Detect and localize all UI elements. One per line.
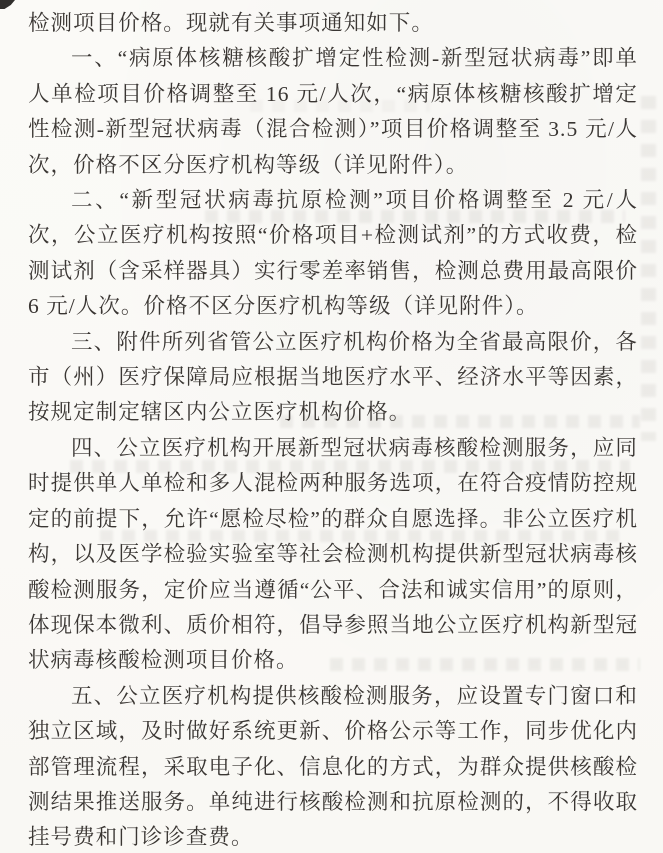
scan-corner-mark (0, 0, 15, 9)
bleedthrough-artifact (641, 96, 656, 441)
continuation-line: 检测项目价格。现就有关事项通知如下。 (28, 6, 638, 41)
notice-body: 检测项目价格。现就有关事项通知如下。 一、“病原体核糖核酸扩增定性检测-新型冠状… (28, 6, 638, 853)
paragraph-item-2: 二、“新型冠状病毒抗原检测”项目价格调整至 2 元/人次，公立医疗机构按照“价格… (28, 183, 638, 325)
paragraph-item-5: 五、公立医疗机构提供核酸检测服务，应设置专门窗口和独立区域，及时做好系统更新、价… (28, 679, 638, 853)
paragraph-item-4: 四、公立医疗机构开展新型冠状病毒核酸检测服务，应同时提供单人单检和多人混检两种服… (28, 431, 638, 679)
document-page: 检测项目价格。现就有关事项通知如下。 一、“病原体核糖核酸扩增定性检测-新型冠状… (0, 0, 663, 853)
paragraph-item-3: 三、附件所列省管公立医疗机构价格为全省最高限价，各市（州）医疗保障局应根据当地医… (28, 325, 638, 431)
paragraph-item-1: 一、“病原体核糖核酸扩增定性检测-新型冠状病毒”即单人单检项目价格调整至 16 … (28, 41, 638, 183)
